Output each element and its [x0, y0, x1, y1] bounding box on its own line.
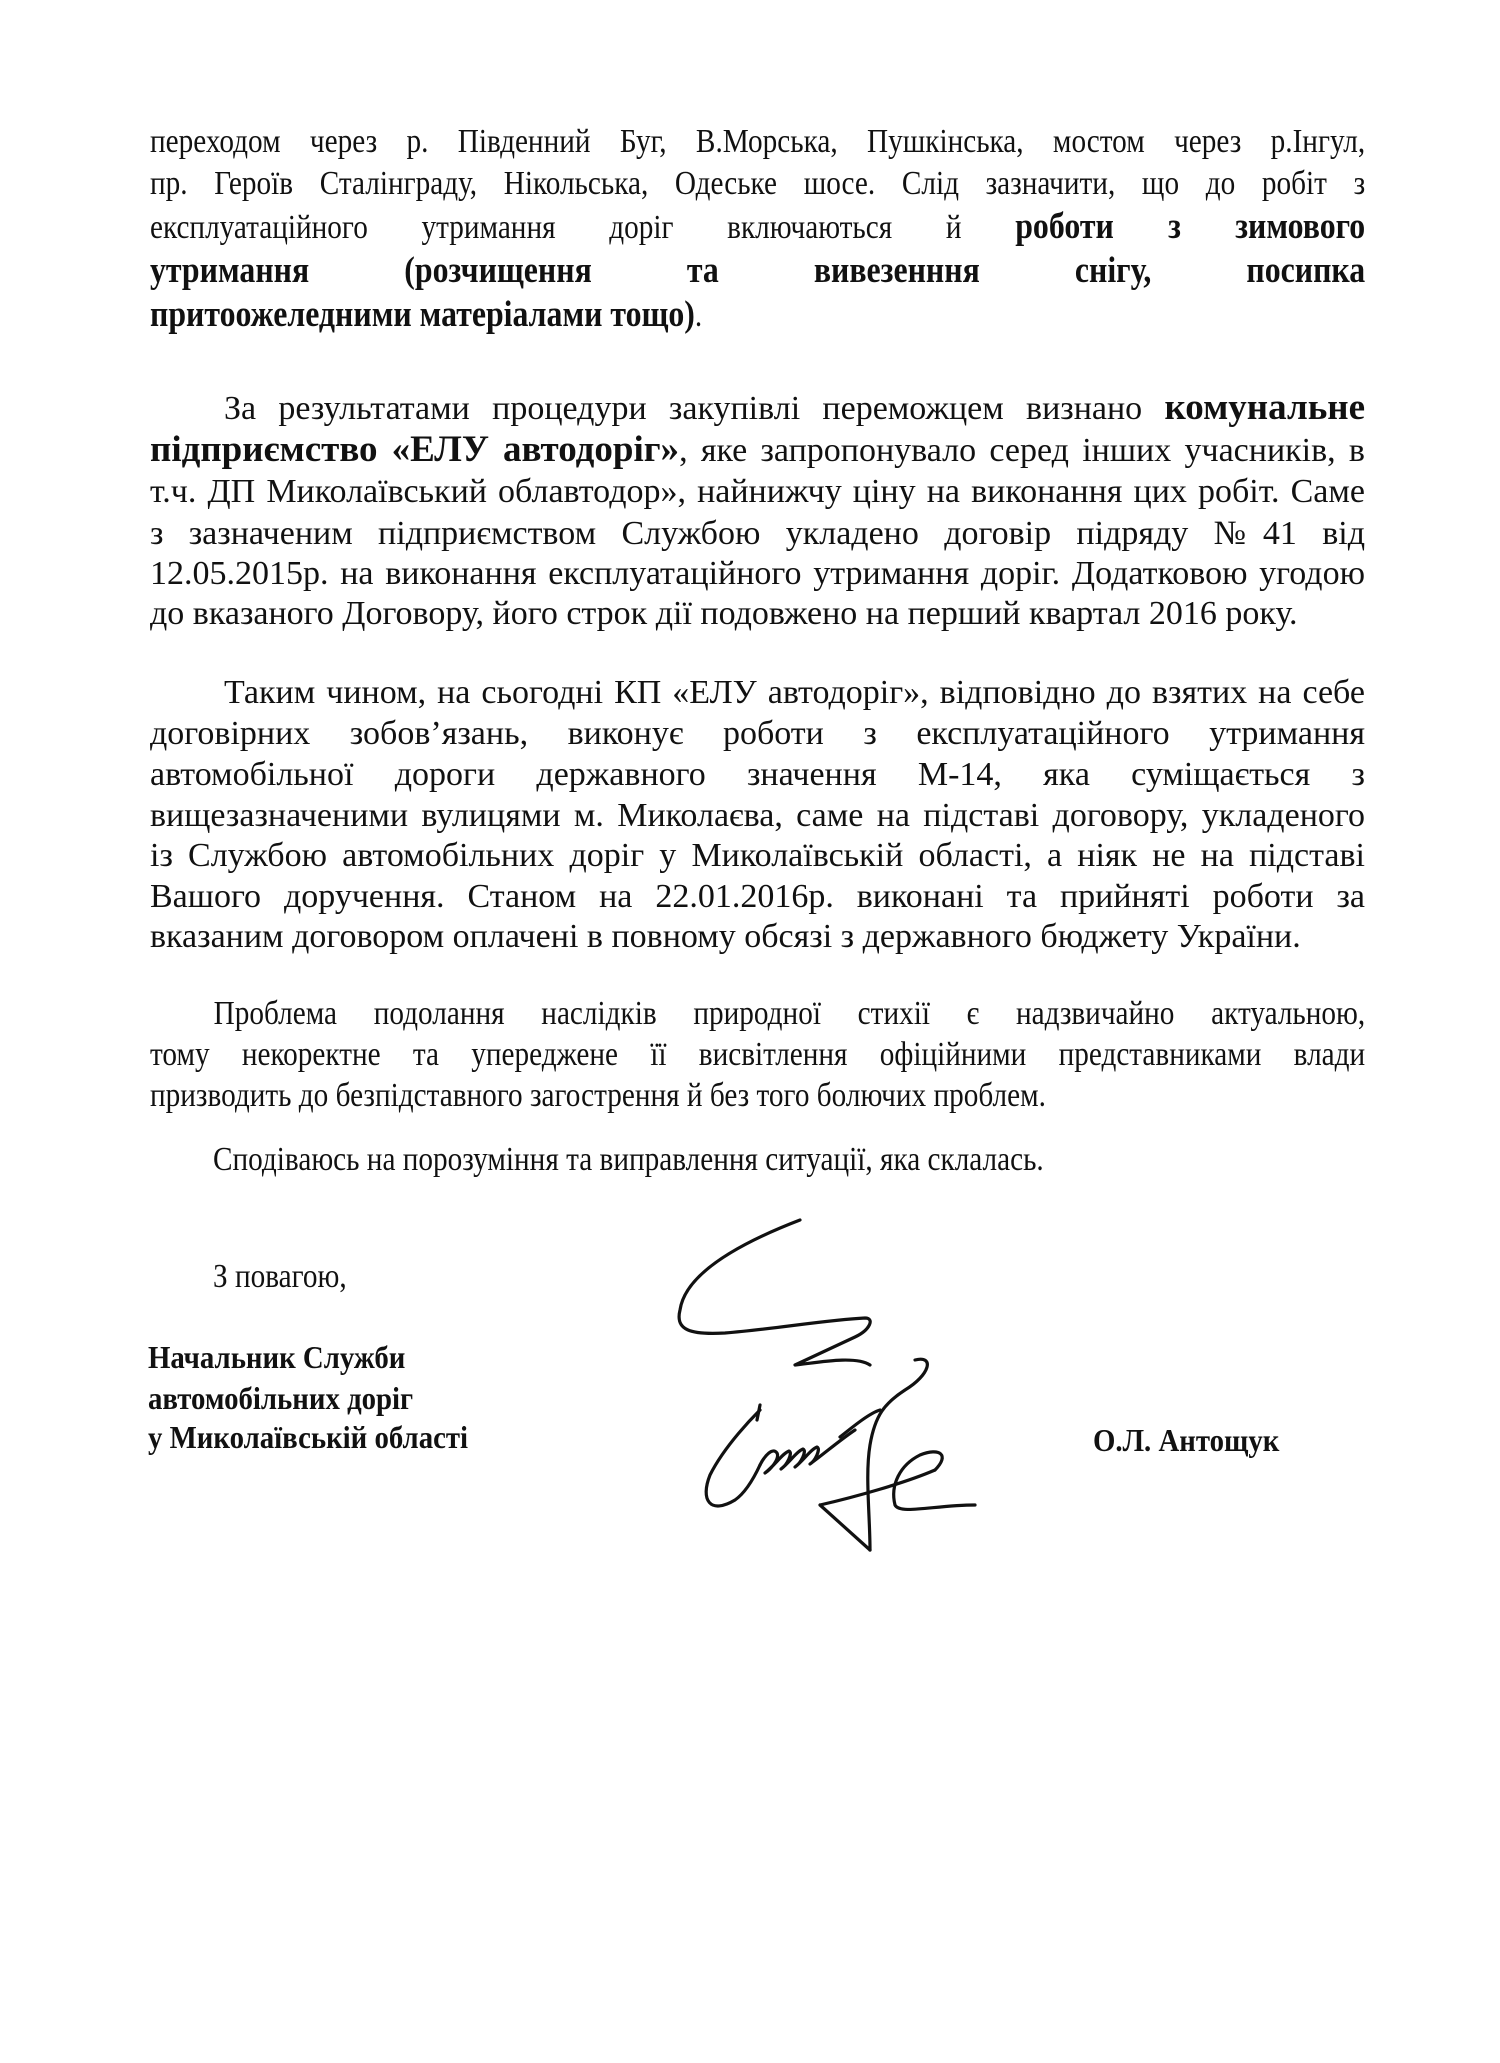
paragraph3-line: Вашого доручення. Станом на 22.01.2016р.… [150, 877, 1365, 917]
signatory-name: О.Л. Антощук [1093, 1420, 1279, 1460]
paragraph1-bold-text: притоожеледними матеріалами тощо) [150, 294, 695, 335]
letter-page: переходом через р. Південний Буг, В.Морс… [0, 0, 1500, 2063]
paragraph4-line: тому некоректне та упереджене її висвітл… [150, 1035, 1365, 1075]
signatory-title-line: автомобільних доріг [148, 1378, 413, 1418]
paragraph3-line: автомобільної дороги державного значення… [150, 755, 1365, 795]
paragraph2-bold-text: підприємство «ЕЛУ автодоріг» [150, 429, 679, 470]
paragraph2-line: 12.05.2015р. на виконання експлуатаційно… [150, 554, 1365, 594]
paragraph2-line: За результатами процедури закупівлі пере… [150, 388, 1365, 429]
paragraph2-text: , яке запропонувало серед інших учасникі… [679, 432, 1365, 469]
paragraph3-line: із Службою автомобільних доріг у Миколаї… [150, 836, 1365, 876]
paragraph4-line: Проблема подолання наслідків природної с… [150, 994, 1365, 1034]
paragraph1-period: . [695, 297, 702, 334]
paragraph2-line: підприємство «ЕЛУ автодоріг», яке запроп… [150, 430, 1365, 471]
paragraph1-bold-line: утримання (розчищення та вивезенння сніг… [150, 251, 1365, 291]
closing-paragraph: Сподіваюсь на порозуміння та виправлення… [213, 1140, 1044, 1180]
paragraph1-line: переходом через р. Південний Буг, В.Морс… [150, 122, 1365, 162]
paragraph2-text: За результатами процедури закупівлі пере… [224, 390, 1142, 427]
paragraph1-text: експлуатаційного утримання доріг включаю… [150, 209, 962, 246]
paragraph3-line: Таким чином, на сьогодні КП «ЕЛУ автодор… [150, 673, 1365, 713]
paragraph2-line: т.ч. ДП Миколаївський облавтодор», найни… [150, 472, 1365, 512]
paragraph2-line: з зазначеним підприємством Службою уклад… [150, 514, 1365, 554]
paragraph3-line: вищезазначеними вулицями м. Миколаєва, с… [150, 796, 1365, 836]
paragraph2-bold-text: комунальне [1164, 387, 1365, 428]
closing-salutation: З повагою, [213, 1257, 347, 1297]
paragraph4-line: призводить до безпідставного загострення… [150, 1076, 1365, 1116]
paragraph3-line: вказаним договором оплачені в повному об… [150, 917, 1365, 957]
signatory-title-line: у Миколаївській області [148, 1417, 468, 1457]
paragraph1-bold-text: роботи з зимового [1015, 206, 1365, 247]
paragraph2-line: до вказаного Договору, його строк дії по… [150, 594, 1365, 634]
handwritten-signature-icon [665, 1215, 1095, 1560]
paragraph1-line: притоожеледними матеріалами тощо). [150, 295, 1365, 336]
paragraph3-line: договірних зобов’язань, виконує роботи з… [150, 714, 1365, 754]
signatory-title-line: Начальник Служби [148, 1337, 405, 1377]
paragraph1-line: експлуатаційного утримання доріг включаю… [150, 207, 1365, 248]
paragraph1-line: пр. Героїв Сталінграду, Нікольська, Одес… [150, 164, 1365, 204]
